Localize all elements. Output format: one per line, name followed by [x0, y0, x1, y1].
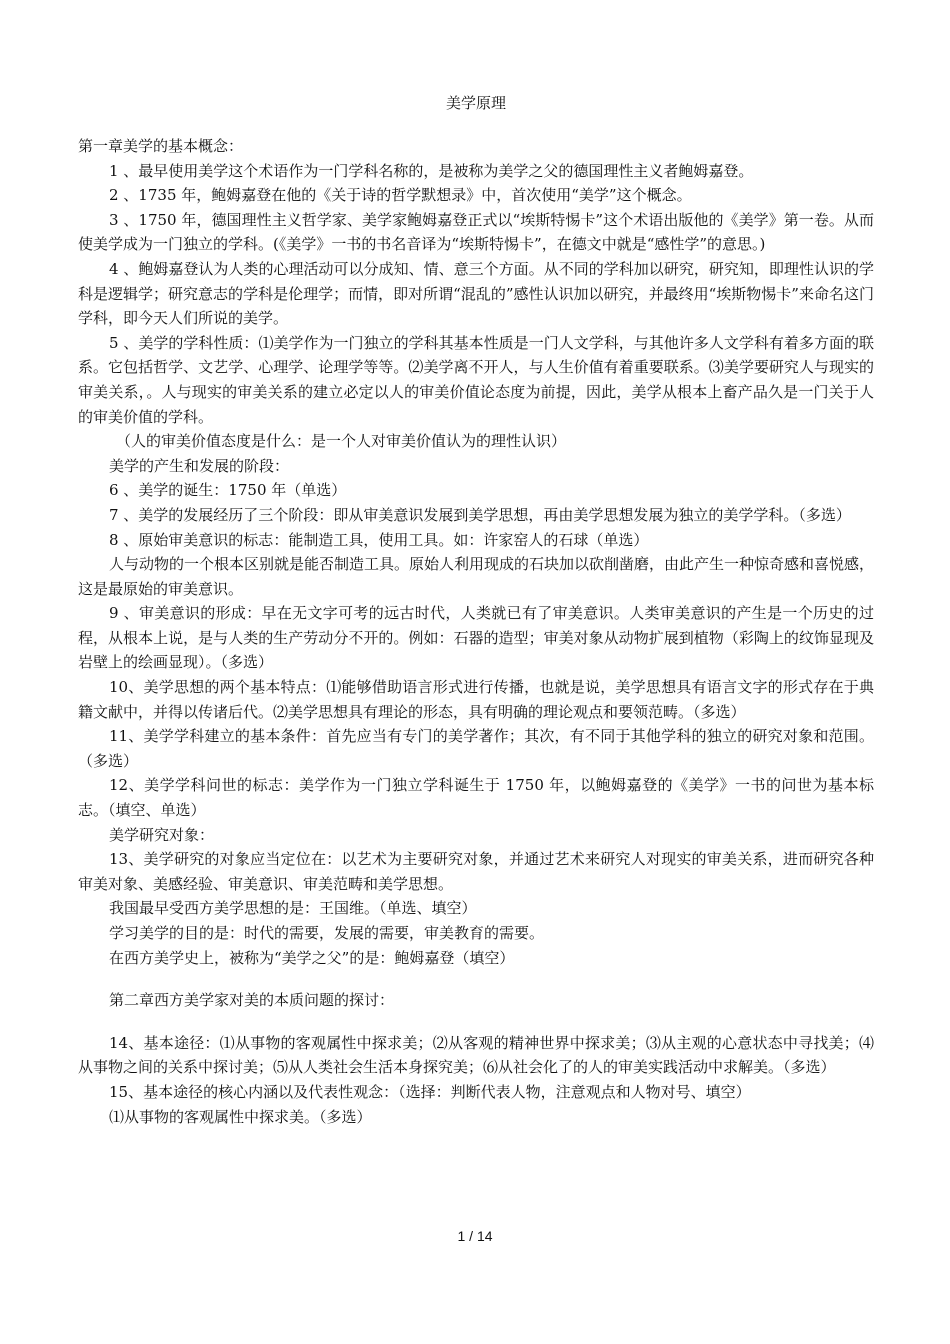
- page-number: 1 / 14: [0, 1228, 950, 1244]
- paragraph-8-detail: 人与动物的一个根本区别就是能否制造工具。原始人利用现成的石块加以砍削凿磨，由此产…: [78, 552, 874, 601]
- spacer: [78, 970, 874, 988]
- paragraph-9: 9 、审美意识的形成：早在无文字可考的远古时代，人类就已有了审美意识。人类审美意…: [78, 601, 874, 675]
- document-title: 美学原理: [78, 93, 874, 113]
- chapter-heading-1: 第一章美学的基本概念：: [78, 134, 874, 159]
- spacer: [78, 1013, 874, 1031]
- paragraph-4: 4 、鲍姆嘉登认为人类的心理活动可以分成知、情、意三个方面。从不同的学科加以研究…: [78, 257, 874, 331]
- document-body: 第一章美学的基本概念： 1 、最早使用美学这个术语作为一门学科名称的，是被称为美…: [78, 134, 874, 1129]
- paragraph-5-note: （人的审美价值态度是什么：是一个人对审美价值认为的理性认识）: [78, 429, 874, 454]
- paragraph-3: 3 、1750 年，德国理性主义哲学家、美学家鲍姆嘉登正式以“埃斯特惕卡”这个术…: [78, 208, 874, 257]
- paragraph-8: 8 、原始审美意识的标志：能制造工具，使用工具。如：许家窑人的石球（单选）: [78, 528, 874, 553]
- note-father-of-aesthetics: 在西方美学史上，被称为“美学之父”的是：鲍姆嘉登（填空）: [78, 946, 874, 971]
- paragraph-2: 2 、1735 年，鲍姆嘉登在他的《关于诗的哲学默想录》中，首次使用“美学”这个…: [78, 183, 874, 208]
- paragraph-12: 12、美学学科问世的标志：美学作为一门独立学科诞生于 1750 年，以鲍姆嘉登的…: [78, 773, 874, 822]
- paragraph-7: 7 、美学的发展经历了三个阶段：即从审美意识发展到美学思想，再由美学思想发展为独…: [78, 503, 874, 528]
- note-study-purpose: 学习美学的目的是：时代的需要，发展的需要，审美教育的需要。: [78, 921, 874, 946]
- paragraph-5: 5 、美学的学科性质：⑴美学作为一门独立的学科其基本性质是一门人文学科，与其他许…: [78, 331, 874, 429]
- paragraph-15: 15、基本途径的核心内涵以及代表性观念：（选择：判断代表人物，注意观点和人物对号…: [78, 1080, 874, 1105]
- paragraph-11: 11、美学学科建立的基本条件：首先应当有专门的美学著作；其次，有不同于其他学科的…: [78, 724, 874, 773]
- paragraph-13: 13、美学研究的对象应当定位在：以艺术为主要研究对象，并通过艺术来研究人对现实的…: [78, 847, 874, 896]
- paragraph-10: 10、美学思想的两个基本特点：⑴能够借助语言形式进行传播，也就是说，美学思想具有…: [78, 675, 874, 724]
- paragraph-15-1: ⑴从事物的客观属性中探求美。（多选）: [78, 1105, 874, 1130]
- paragraph-14: 14、基本途径：⑴从事物的客观属性中探求美；⑵从客观的精神世界中探求美；⑶从主观…: [78, 1031, 874, 1080]
- note-wang-guowei: 我国最早受西方美学思想的是：王国维。（单选、填空）: [78, 896, 874, 921]
- paragraph-6: 6 、美学的诞生：1750 年（单选）: [78, 478, 874, 503]
- section-heading-stages: 美学的产生和发展的阶段：: [78, 454, 874, 479]
- paragraph-1: 1 、最早使用美学这个术语作为一门学科名称的，是被称为美学之父的德国理性主义者鲍…: [78, 159, 874, 184]
- chapter-heading-2: 第二章西方美学家对美的本质问题的探讨：: [78, 988, 874, 1013]
- section-heading-object: 美学研究对象：: [78, 823, 874, 848]
